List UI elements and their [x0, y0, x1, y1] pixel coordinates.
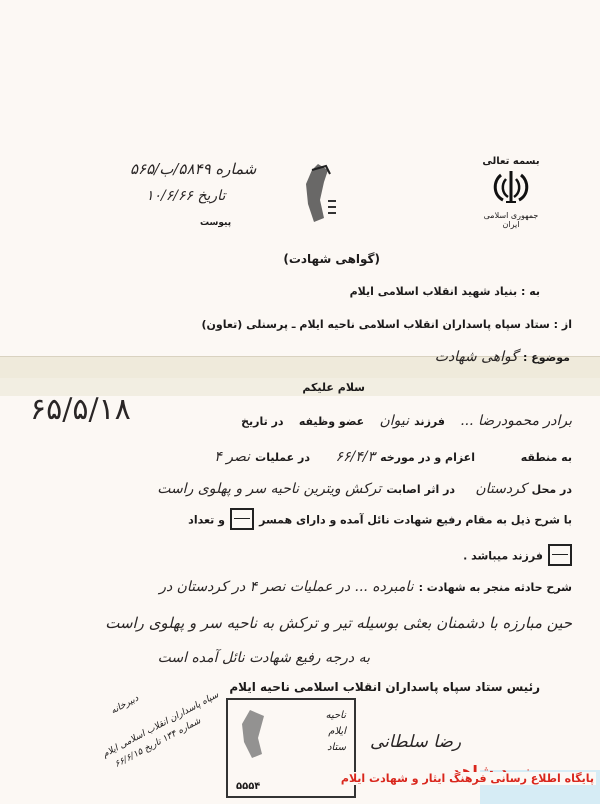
seal-text: ناحیه ایلام ستاد [326, 708, 346, 756]
father-name: نیوان [379, 413, 409, 429]
children-statement: فرزند میباشد . [463, 550, 543, 563]
letter-date: تاریخ ۱۰/۶/۶۶ [146, 188, 225, 204]
watermark-text: پایگاه اطلاع رسانی فرهنگ ایثار و شهادت ا… [339, 772, 596, 785]
body-line-4: با شرح ذیل به مقام رفیع شهادت نائل آمده … [188, 508, 572, 530]
site-watermark: نوید شاهد پایگاه اطلاع رسانی فرهنگ ایثار… [480, 770, 600, 804]
father-label: فرزند [414, 415, 445, 428]
to-line: به : بنیاد شهید انقلاب اسلامی ایلام [350, 285, 540, 298]
seal-text-line: ناحیه [326, 708, 346, 724]
region-label: به منطقه [521, 451, 572, 464]
official-seal: ناحیه ایلام ستاد ۵۵۵۴ [226, 698, 356, 798]
body-line-1: برادر محمودرضا ... فرزند نیوان عضو وظیفه… [241, 410, 572, 429]
spouse-checkbox [230, 508, 254, 530]
iran-emblem-block: بسمه تعالی جمهوری اسلامی ایران [476, 156, 546, 229]
incident-line-1: شرح حادثه منجر به شهادت : نامبرده ... در… [159, 576, 572, 595]
children-checkbox [548, 544, 572, 566]
body-line-5: فرزند میباشد . [463, 544, 572, 566]
operation-name: نصر ۴ [214, 449, 250, 465]
bismillah: بسمه تعالی [476, 156, 546, 167]
from-line: از : ستاد سپاه پاسداران انقلاب اسلامی نا… [201, 318, 572, 331]
emblem-caption: جمهوری اسلامی ایران [476, 211, 546, 229]
martyrdom-date: ۶۶/۴/۳ [335, 449, 375, 465]
spouse-statement: با شرح ذیل به مقام رفیع شهادت نائل آمده … [259, 514, 572, 527]
martyr-name: برادر محمودرضا ... [460, 413, 572, 429]
seal-number: ۵۵۵۴ [236, 781, 260, 792]
greeting: سلام علیکم [302, 381, 365, 394]
seal-text-line: ایلام [326, 724, 346, 740]
incident-label: شرح حادثه منجر به شهادت : [419, 581, 572, 594]
irgc-emblem-icon [300, 160, 340, 230]
location-label: در محل [532, 483, 572, 496]
cause-label: در اثر اصابت [386, 483, 455, 496]
iran-emblem-icon [491, 167, 531, 207]
dispatch-label: اعزام و در مورخه [380, 451, 475, 464]
location-value: کردستان [475, 481, 526, 497]
subject-label: موضوع : [523, 351, 570, 364]
seal-text-line: ستاد [326, 740, 346, 756]
registry-note-2: سپاه پاسداران انقلاب اسلامی ایلام [101, 690, 220, 760]
deployment-date: ۶۵/۵/۱۸ [30, 392, 131, 427]
incident-text-2: حین مبارزه با دشمنان بعثی بوسیله تیر و ت… [105, 614, 572, 632]
document-page: بسمه تعالی جمهوری اسلامی ایران شماره ۵۸۴… [0, 0, 600, 804]
letter-number: شماره ۵۸۴۹/ب/۵۶۵ [130, 160, 256, 178]
cause-value: ترکش ویترین ناحیه سر و پهلوی راست [157, 481, 381, 497]
subject-line: موضوع : گواهی شهادت [435, 346, 570, 365]
incident-text-1: نامبرده ... در عملیات نصر ۴ در کردستان د… [159, 579, 413, 595]
incident-text-3: به درجه رفیع شهادت نائل آمده است [158, 650, 370, 666]
role-label: عضو وظیفه [299, 415, 364, 428]
irgc-emblem-block [300, 160, 340, 234]
operation-label: در عملیات [255, 451, 310, 464]
document-title: (گواهی شهادت) [283, 252, 380, 266]
registry-note-1: دبیرخانه [109, 694, 140, 717]
signatory-title: رئیس ستاد سپاه پاسداران انقلاب اسلامی نا… [229, 680, 540, 694]
seal-emblem-icon [236, 708, 276, 768]
date-label: در تاریخ [241, 415, 283, 428]
body-line-3: در محل کردستان در اثر اصابت ترکش ویترین … [157, 478, 572, 497]
body-line-2: به منطقه اعزام و در مورخه ۶۶/۴/۳ در عملی… [214, 446, 572, 465]
subject-value: گواهی شهادت [435, 349, 518, 365]
children-count-label: و تعداد [188, 514, 225, 527]
letter-attachment: پیوست [200, 218, 231, 228]
signatory-name: رضا سلطانی [370, 732, 461, 752]
